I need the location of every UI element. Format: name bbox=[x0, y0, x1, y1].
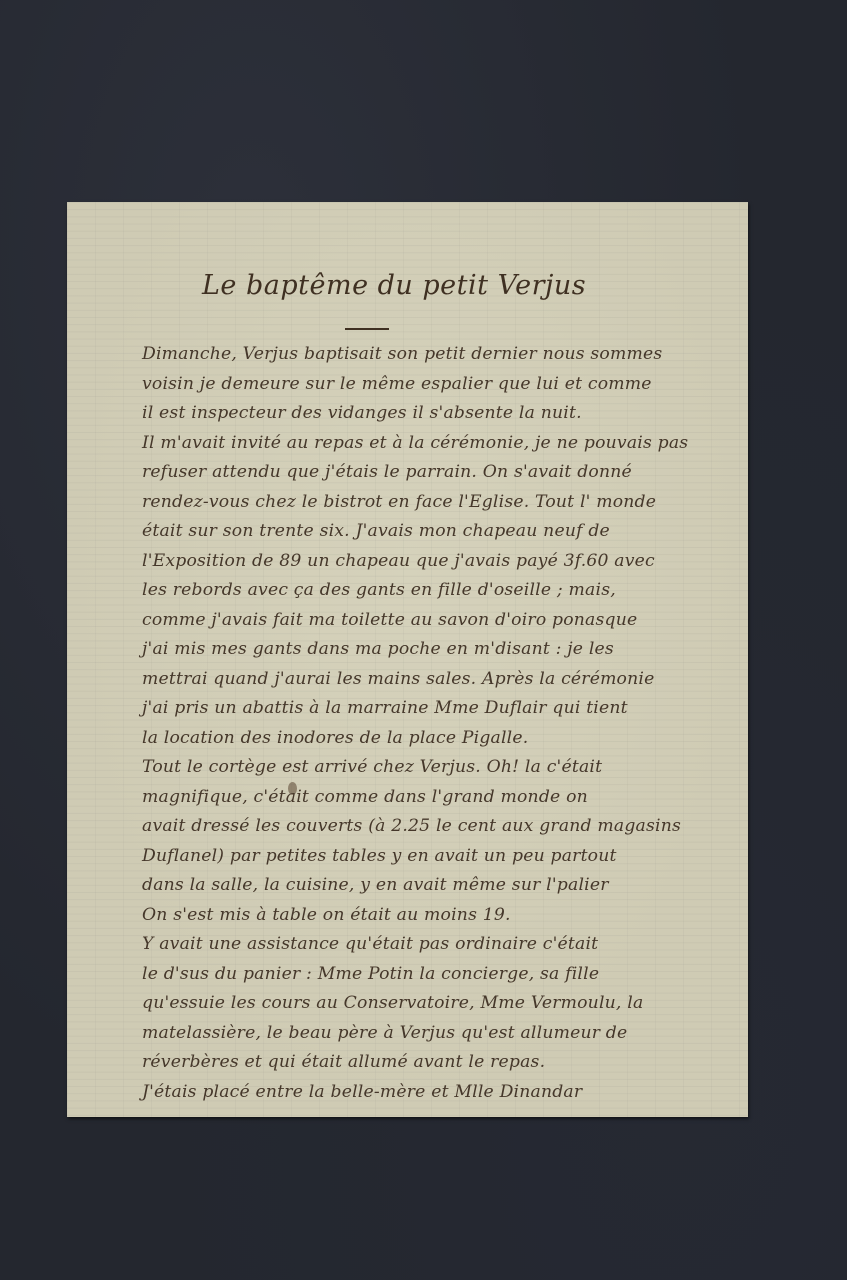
text-line: Y avait une assistance qu'était pas ordi… bbox=[142, 930, 747, 960]
text-line: réverbères et qui était allumé avant le … bbox=[142, 1048, 747, 1078]
text-line: rendez-vous chez le bistrot en face l'Eg… bbox=[142, 488, 747, 518]
title-underline-rule bbox=[345, 328, 389, 330]
text-line: Tout le cortège est arrivé chez Verjus. … bbox=[142, 753, 747, 783]
text-line: j'ai mis mes gants dans ma poche en m'di… bbox=[142, 635, 747, 665]
text-line: l'Exposition de 89 un chapeau que j'avai… bbox=[142, 547, 747, 577]
text-line: J'étais placé entre la belle-mère et Mll… bbox=[142, 1078, 747, 1108]
text-line: Dimanche, Verjus baptisait son petit der… bbox=[142, 340, 747, 370]
text-line: j'ai pris un abattis à la marraine Mme D… bbox=[142, 694, 747, 724]
text-line: avait dressé les couverts (à 2.25 le cen… bbox=[142, 812, 747, 842]
text-line: Duflanel) par petites tables y en avait … bbox=[142, 842, 747, 872]
text-line: il est inspecteur des vidanges il s'abse… bbox=[142, 399, 747, 429]
manuscript-page: Le baptême du petit Verjus Dimanche, Ver… bbox=[67, 202, 748, 1117]
text-line: les rebords avec ça des gants en fille d… bbox=[142, 576, 747, 606]
text-line: On s'est mis à table on était au moins 1… bbox=[142, 901, 747, 931]
manuscript-title: Le baptême du petit Verjus bbox=[202, 270, 586, 301]
text-line: Il m'avait invité au repas et à la cérém… bbox=[142, 429, 747, 459]
text-line: la location des inodores de la place Pig… bbox=[142, 724, 747, 754]
text-line: le d'sus du panier : Mme Potin la concie… bbox=[142, 960, 747, 990]
text-line: refuser attendu que j'étais le parrain. … bbox=[142, 458, 747, 488]
text-line: comme j'avais fait ma toilette au savon … bbox=[142, 606, 747, 636]
text-line: qu'essuie les cours au Conservatoire, Mm… bbox=[142, 989, 747, 1019]
text-line: matelassière, le beau père à Verjus qu'e… bbox=[142, 1019, 747, 1049]
text-line: dans la salle, la cuisine, y en avait mê… bbox=[142, 871, 747, 901]
text-line: magnifique, c'était comme dans l'grand m… bbox=[142, 783, 747, 813]
text-line: voisin je demeure sur le même espalier q… bbox=[142, 370, 747, 400]
text-line: mettrai quand j'aurai les mains sales. A… bbox=[142, 665, 747, 695]
manuscript-body: Dimanche, Verjus baptisait son petit der… bbox=[142, 340, 747, 1107]
text-line: était sur son trente six. J'avais mon ch… bbox=[142, 517, 747, 547]
